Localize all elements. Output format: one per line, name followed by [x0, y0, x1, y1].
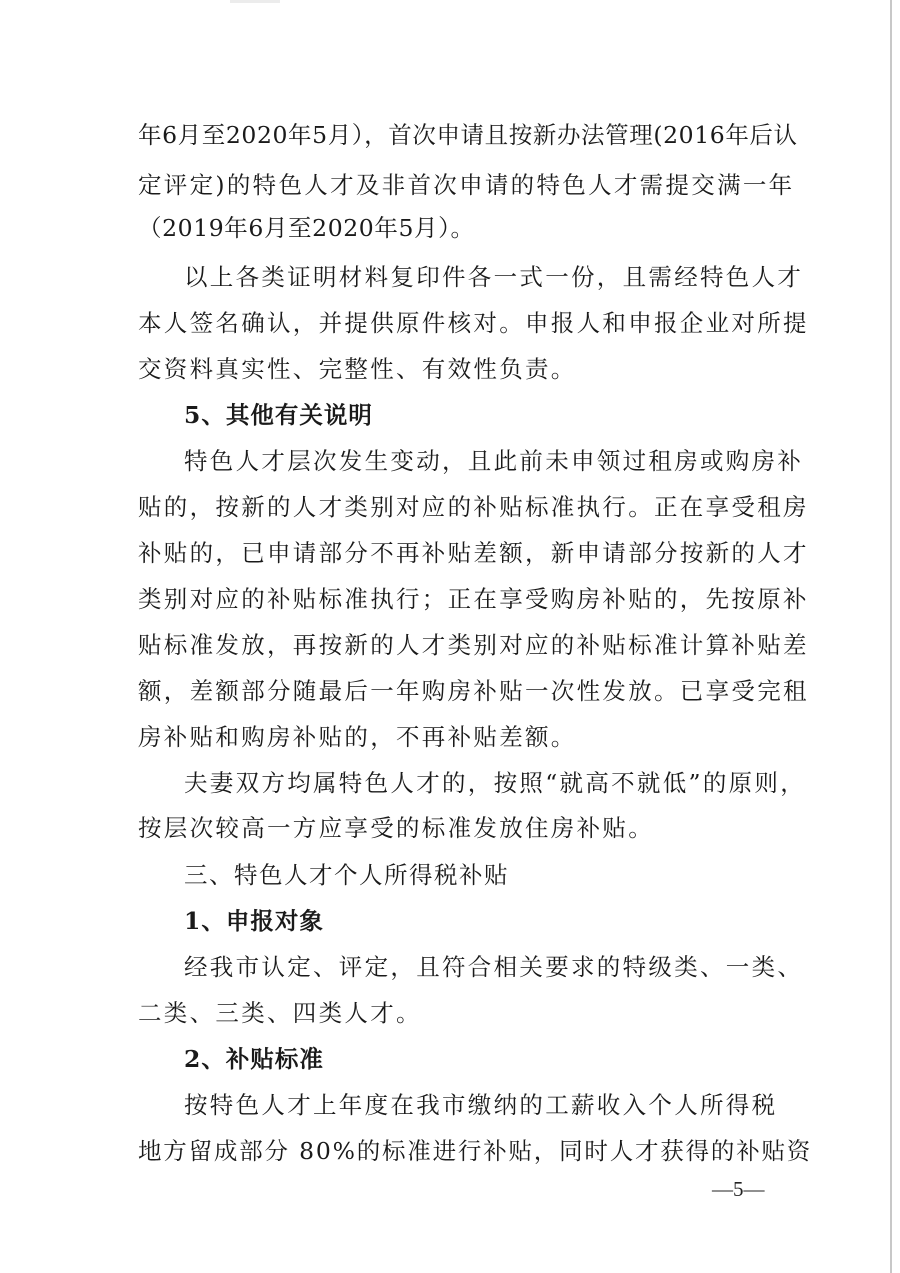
- paragraph-line: 按层次较高一方应享受的标准发放住房补贴。: [138, 813, 778, 843]
- subsection-heading: 5、其他有关说明: [184, 400, 778, 430]
- paragraph-line: 本人签名确认，并提供原件核对。申报人和申报企业对所提: [138, 308, 778, 338]
- paragraph-line: 定评定)的特色人才及非首次申请的特色人才需提交满一年: [138, 170, 778, 200]
- paragraph-line: 额，差额部分随最后一年购房补贴一次性发放。已享受完租: [138, 676, 778, 706]
- subsection-heading: 2、补贴标准: [184, 1044, 778, 1074]
- paragraph-line: （2019年6月至2020年5月）。: [138, 213, 778, 243]
- paragraph-line: 特色人才层次发生变动，且此前未申领过租房或购房补: [184, 446, 778, 476]
- section-heading: 三、特色人才个人所得税补贴: [184, 860, 778, 890]
- paragraph-line: 年6月至2020年5月），首次申请且按新办法管理(2016年后认: [138, 120, 778, 150]
- paragraph-line: 以上各类证明材料复印件各一式一份，且需经特色人才: [184, 262, 778, 292]
- paragraph-line: 房补贴和购房补贴的，不再补贴差额。: [138, 722, 778, 752]
- paragraph-line: 类别对应的补贴标准执行；正在享受购房补贴的，先按原补: [138, 584, 778, 614]
- paragraph-line: 按特色人才上年度在我市缴纳的工薪收入个人所得税: [184, 1090, 778, 1120]
- document-page: 年6月至2020年5月），首次申请且按新办法管理(2016年后认 定评定)的特色…: [0, 0, 900, 1273]
- page-number: —5—: [712, 1177, 765, 1201]
- paragraph-line: 贴的，按新的人才类别对应的补贴标准执行。正在享受租房: [138, 492, 778, 522]
- subsection-heading: 1、申报对象: [184, 906, 778, 936]
- scan-mark: [230, 0, 280, 3]
- paragraph-line: 交资料真实性、完整性、有效性负责。: [138, 354, 778, 384]
- page-edge-shadow: [890, 0, 892, 1273]
- paragraph-line: 贴标准发放，再按新的人才类别对应的补贴标准计算补贴差: [138, 630, 778, 660]
- paragraph-line: 地方留成部分 80%的标准进行补贴，同时人才获得的补贴资: [138, 1136, 778, 1166]
- paragraph-line: 二类、三类、四类人才。: [138, 998, 778, 1028]
- paragraph-line: 夫妻双方均属特色人才的，按照“就高不就低”的原则，: [184, 768, 778, 798]
- paragraph-line: 补贴的，已申请部分不再补贴差额，新申请部分按新的人才: [138, 538, 778, 568]
- paragraph-line: 经我市认定、评定，且符合相关要求的特级类、一类、: [184, 952, 778, 982]
